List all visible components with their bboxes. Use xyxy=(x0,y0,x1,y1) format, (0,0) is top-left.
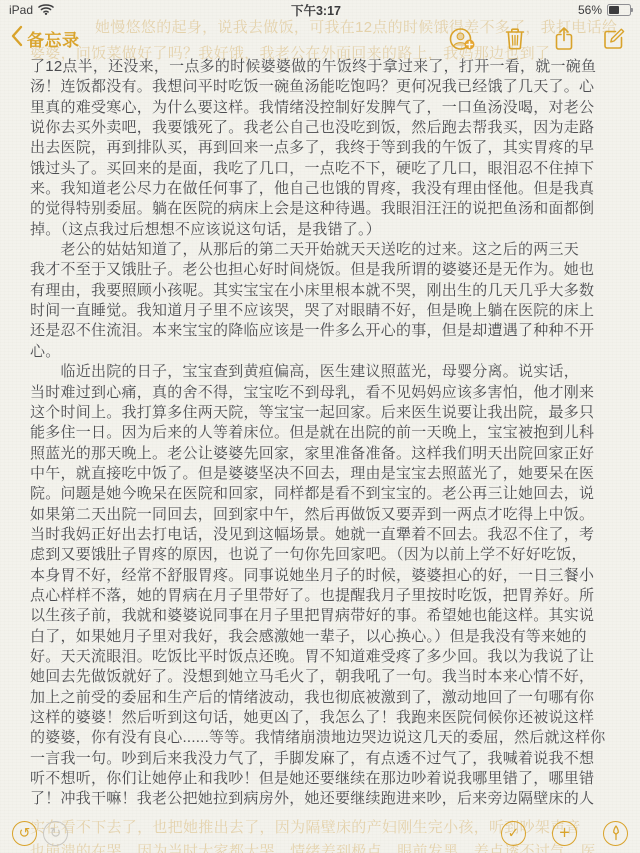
note-text-line: 来。我知道老公尽力在做任何事了，他自己也饿的胃疼，我没有理由怪他。但是我真 xyxy=(30,179,618,199)
note-text-line: 的婆婆，你有没有良心......等等。我情绪崩溃地边哭边说这几天的委屈，然后就这… xyxy=(30,728,618,748)
note-text-line: 出去医院，再到排队买，再到回来一点多了，我终于等到我的午饭了，其实胃疼的早 xyxy=(30,138,618,158)
compose-icon[interactable] xyxy=(602,27,626,51)
note-text-line: 当时我妈正好出去打电话，没见到这幅场景。她就一直犟着不回去。我忍不住了，考 xyxy=(30,525,618,545)
note-text-line: 饿过头了。买回来的是面，我吃了几口，一点吃不下，硬吃了几口，眼泪忍不住掉下 xyxy=(30,159,618,179)
battery-percent: 56% xyxy=(578,3,602,17)
chevron-left-icon xyxy=(10,25,23,52)
bottom-toolbar: ↺ ↻ ✓ + xyxy=(0,813,640,853)
note-text-line: 还是忍不住流泪。本来宝宝的降临应该是一件多么开心的事，但是却遭遇了种种不开 xyxy=(30,321,618,341)
trash-icon[interactable] xyxy=(504,27,526,51)
wifi-icon xyxy=(38,3,54,18)
note-text-line: 我才不至于又饿肚子。老公也担心好时间烧饭。但是我所谓的婆婆还是无作为。她也 xyxy=(30,260,618,280)
note-text-line: 时间一直睡觉。我知道月子里不应该哭，哭了对眼睛不好，但是晚上躺在医院的床上 xyxy=(30,301,618,321)
undo-icon: ↺ xyxy=(19,826,31,840)
note-text-line: 虑到又要饿肚子胃疼的原因，也说了一句你先回家吧。（因为以前上学不好好吃饭， xyxy=(30,545,618,565)
status-bar: iPad 下午3:17 56% xyxy=(0,0,640,20)
note-text-line: 说你去买外卖吧，我要饿死了。我老公自己也没吃到饭，然后跑去帮我买，因为走路 xyxy=(30,118,618,138)
note-text-line: 加上之前受的委屈和生产后的情绪波动，我也彻底被激到了，激动地回了一句哪有你 xyxy=(30,688,618,708)
note-text-line: 一言我一句。吵到后来我没力气了，手脚发麻了，有点透不过气了，我喊着说我不想 xyxy=(30,749,618,769)
note-text-line: 院。问题是她今晚呆在医院和回家，同样都是看不到宝宝的。老公再三让她回去，说 xyxy=(30,484,618,504)
note-text-line: 掉。（这点我过后想想不应该说这句话，是我错了。） xyxy=(30,220,618,240)
note-text-line: 白了，如果她月子里对我好，我会感激她一辈子，以心换心。）但是我没有等来她的 xyxy=(30,627,618,647)
note-text-line: 本身胃不好，经常不舒服胃疼。同事说她坐月子的时候，婆婆担心的好，一日三餐小 xyxy=(30,566,618,586)
redo-button[interactable]: ↻ xyxy=(43,821,68,846)
note-text[interactable]: 了12点半，还没来，一点多的时候婆婆做的午饭终于拿过来了，打开一看，就一碗鱼汤！… xyxy=(30,57,618,810)
note-text-line: 老公的姑姑知道了，从那后的第二天开始就天天送吃的过来。这之后的两三天 xyxy=(30,240,618,260)
note-text-line: 了12点半，还没来，一点多的时候婆婆做的午饭终于拿过来了，打开一看，就一碗鱼 xyxy=(30,57,618,77)
plus-icon: + xyxy=(559,824,570,842)
note-text-line: 好。天天流眼泪。吃饭比平时饭点还晚。胃不知道难受疼了多少回。我以为我说了让 xyxy=(30,647,618,667)
note-text-line: 里真的难受寒心，为什么要这样。我情绪没控制好发脾气了，一口鱼汤没喝，对老公 xyxy=(30,98,618,118)
note-text-line: 点心样样不落，她的胃病在月子里带好了。也提醒我月子里按时吃饭，把胃养好。所 xyxy=(30,586,618,606)
back-button[interactable]: 备忘录 xyxy=(10,25,80,52)
note-text-line: 当时难过到心痛，真的舍不得，宝宝吃不到母乳，看不见妈妈应该多害怕，他才刚来 xyxy=(30,383,618,403)
note-text-line: 临近出院的日子，宝宝查到黄疸偏高，医生建议照蓝光，母婴分离。说实话， xyxy=(30,362,618,382)
clock: 下午3:17 xyxy=(291,1,341,19)
person-add-icon[interactable] xyxy=(449,27,476,51)
nav-bar: 备忘录 xyxy=(0,20,640,57)
note-text-line: 有理由，我要照顾小孩呢。其实宝宝在小床里根本就不哭，刚出生的几天几乎大多数 xyxy=(30,281,618,301)
note-text-line: 以生孩子前，我就和婆婆说同事在月子里把胃病带好的事。希望她也能这样。其实说 xyxy=(30,606,618,626)
back-button-label: 备忘录 xyxy=(27,26,80,51)
markup-button[interactable] xyxy=(603,821,628,846)
note-text-line: 心。 xyxy=(30,342,618,362)
note-text-line: 中午，就直接吃中饭了。但是婆婆坚决不回去，理由是宝宝去照蓝光了，她要呆在医 xyxy=(30,464,618,484)
note-text-line: 听不想听，你们让她停止和我吵！但是她还要继续在那边吵着说我哪里错了，哪里错 xyxy=(30,769,618,789)
note-text-line: 照蓝光的那天晚上。老公让婆婆先回家，家里准备准备。这样我们明天出院回家正好 xyxy=(30,444,618,464)
battery-fill xyxy=(609,6,619,14)
notes-app-screen: 她慢悠悠的起身，说我去做饭，可我在12点的时候饿得差不多了，我打电话给婆婆，问饭… xyxy=(0,0,640,853)
battery-icon xyxy=(607,4,631,16)
note-text-line: 这个时间上。我打算多住两天院，等宝宝一起回家。后来医生说要让我出院，最多只 xyxy=(30,403,618,423)
note-text-line: 她回去先做饭就好了。没想到她立马毛火了，朝我吼了一句。我当时本来心情不好， xyxy=(30,667,618,687)
checkmark-icon: ✓ xyxy=(508,826,520,840)
note-text-line: 的觉得特别委屈。躺在医院的病床上会是这种待遇。我眼泪汪汪的说把鱼汤和面都倒 xyxy=(30,199,618,219)
note-text-line: 能多住一日。因为后来的人等着床位。但是就在出院的前一天晚上，宝宝被抱到儿科 xyxy=(30,423,618,443)
undo-button[interactable]: ↺ xyxy=(12,821,37,846)
device-label: iPad xyxy=(9,3,33,17)
add-attachment-button[interactable]: + xyxy=(552,821,577,846)
pen-nib-icon xyxy=(609,825,623,841)
share-icon[interactable] xyxy=(554,26,574,51)
checklist-button[interactable]: ✓ xyxy=(501,821,526,846)
note-text-line: 了！冲我干嘛！我老公把她拉到病房外，她还要继续跑进来吵，后来旁边隔壁床的人 xyxy=(30,789,618,809)
redo-icon: ↻ xyxy=(50,826,62,840)
note-text-line: 如果第二天出院一同回去，回到家中午，然后再做饭又要弄到一两点才吃得上中饭。 xyxy=(30,505,618,525)
note-text-line: 汤！连饭都没有。我想问平时吃饭一碗鱼汤能吃饱吗？更何况我已经饿了几天了。心 xyxy=(30,77,618,97)
note-text-line: 这样的婆婆！然后听到这句话，她更凶了，我怎么了！我跑来医院伺候你还被说这样 xyxy=(30,708,618,728)
